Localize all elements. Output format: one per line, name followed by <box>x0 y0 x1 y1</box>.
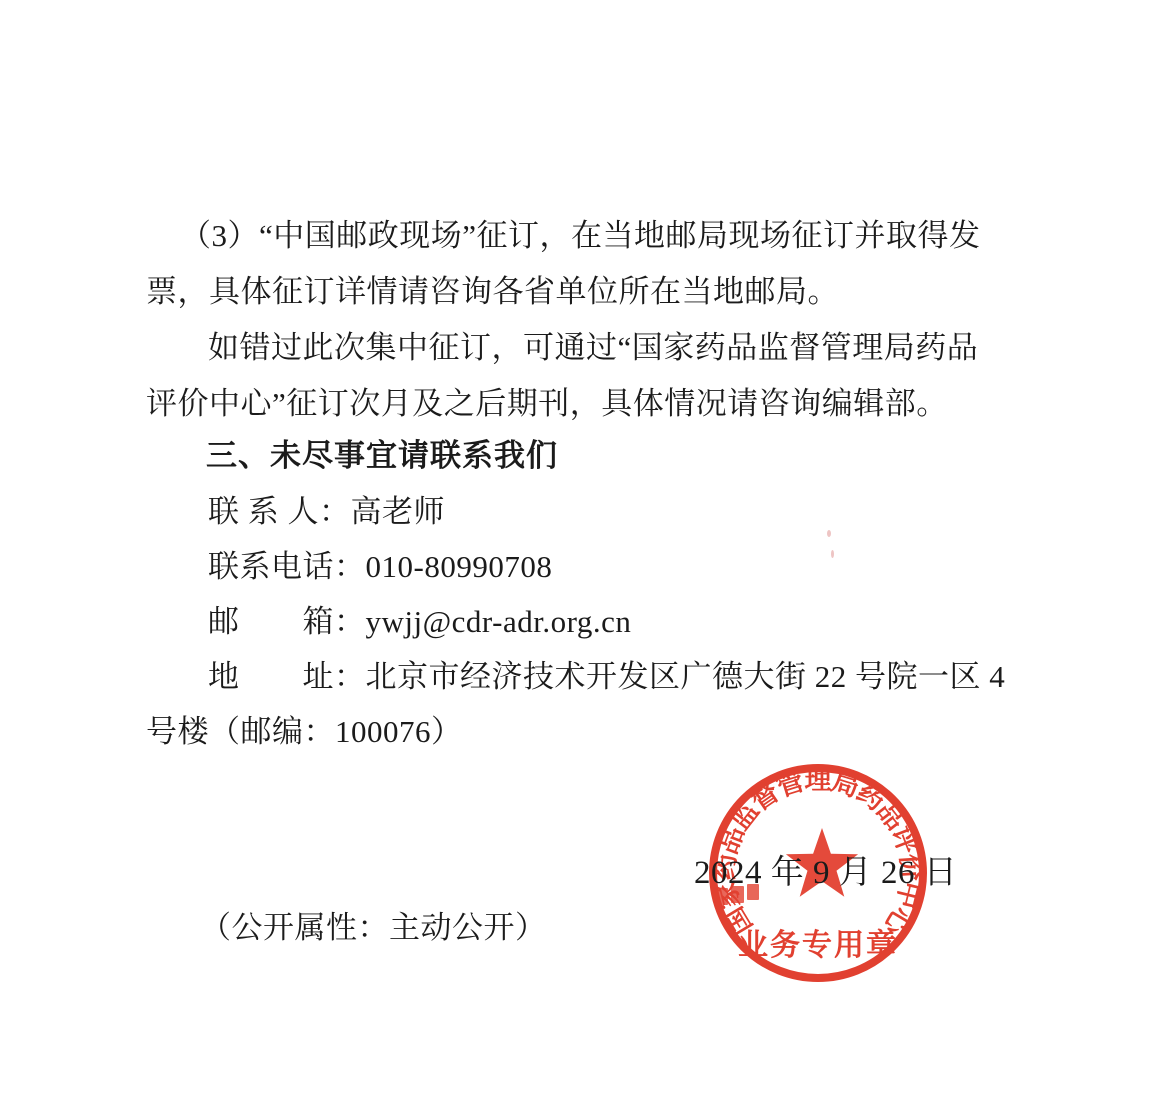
document-date: 2024 年 9 月 26 日 <box>694 855 957 891</box>
contact-phone: 联系电话：010-80990708 <box>208 549 552 585</box>
disclosure-attribute: （公开属性：主动公开） <box>200 910 547 946</box>
svg-text:理: 理 <box>805 765 832 795</box>
contact-email: 邮 箱：ywjj@cdr-adr.org.cn <box>208 604 631 640</box>
contact-address-line2: 号楼（邮编：100076） <box>146 714 463 750</box>
paragraph1-line1: （3）“中国邮政现场”征订，在当地邮局现场征订并取得发 <box>180 218 981 254</box>
seal-bottom-text: 业务专用章 <box>738 928 898 962</box>
contact-address-line1: 地 址：北京市经济技术开发区广德大街 22 号院一区 4 <box>208 659 1005 695</box>
section-heading: 三、未尽事宜请联系我们 <box>206 438 558 474</box>
contact-person: 联 系 人：高老师 <box>208 494 445 530</box>
paragraph1-line2: 票，具体征订详情请咨询各省单位所在当地邮局。 <box>146 274 839 310</box>
document-page: （3）“中国邮政现场”征订，在当地邮局现场征订并取得发 票，具体征订详情请咨询各… <box>0 0 1167 1109</box>
paragraph2-line2: 评价中心”征订次月及之后期刊，具体情况请咨询编辑部。 <box>146 386 948 422</box>
scan-speck <box>831 550 834 558</box>
paragraph2-line1: 如错过此次集中征订，可通过“国家药品监督管理局药品 <box>208 330 978 366</box>
scan-speck <box>827 530 831 537</box>
